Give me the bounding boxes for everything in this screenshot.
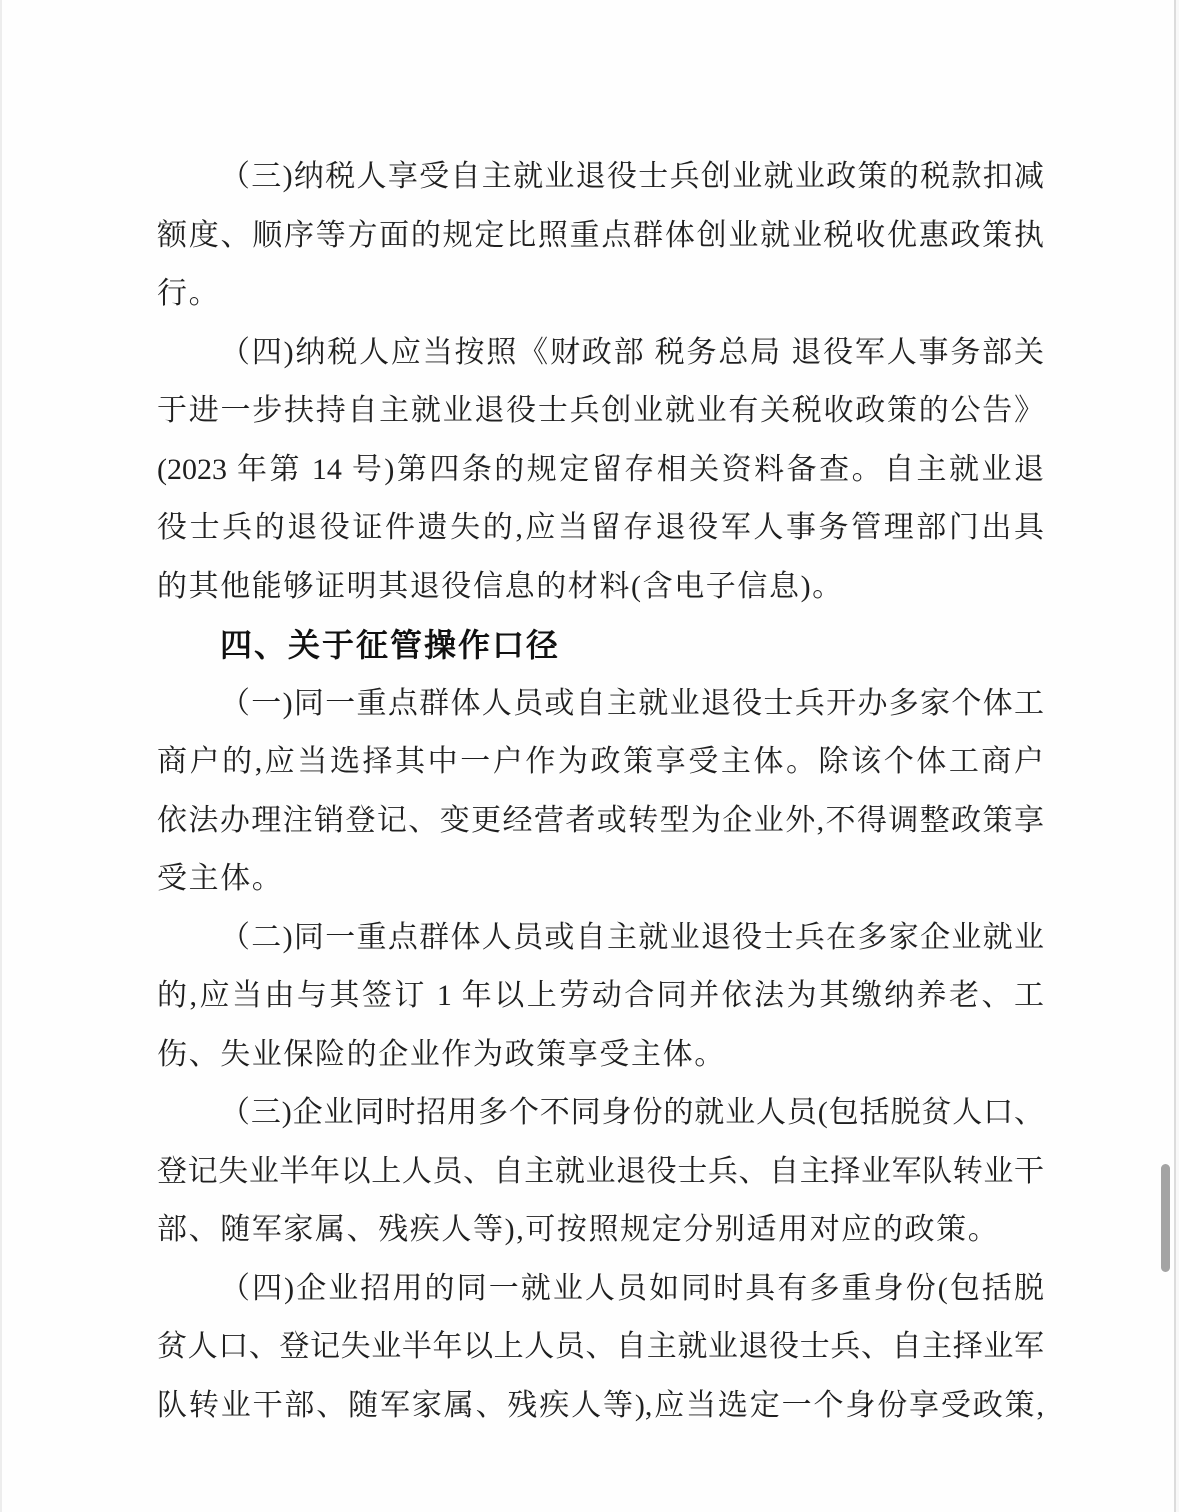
text-line: 部、随军家属、残疾人等),可按照规定分别适用对应的政策。: [157, 1201, 1044, 1260]
text-line: （一)同一重点群体人员或自主就业退役士兵开办多家个体工: [157, 675, 1044, 734]
document-text: （三)纳税人享受自主就业退役士兵创业就业政策的税款扣减额度、顺序等方面的规定比照…: [157, 148, 1044, 1435]
scrollbar-thumb[interactable]: [1161, 1164, 1170, 1272]
text-line: 额度、顺序等方面的规定比照重点群体创业就业税收优惠政策执: [157, 207, 1044, 266]
text-line: 受主体。: [157, 850, 1044, 909]
text-line: 登记失业半年以上人员、自主就业退役士兵、自主择业军队转业干: [157, 1143, 1044, 1202]
text-line: 役士兵的退役证件遗失的,应当留存退役军人事务管理部门出具: [157, 499, 1044, 558]
text-line: （三)纳税人享受自主就业退役士兵创业就业政策的税款扣减: [157, 148, 1044, 207]
text-line: 行。: [157, 265, 1044, 324]
text-line: 于进一步扶持自主就业退役士兵创业就业有关税收政策的公告》: [157, 382, 1044, 441]
section-heading: 四、关于征管操作口径: [157, 616, 1044, 675]
text-line: 的,应当由与其签订 1 年以上劳动合同并依法为其缴纳养老、工: [157, 967, 1044, 1026]
text-line: （四)企业招用的同一就业人员如同时具有多重身份(包括脱: [157, 1260, 1044, 1319]
text-line: （二)同一重点群体人员或自主就业退役士兵在多家企业就业: [157, 909, 1044, 968]
document-viewer: （三)纳税人享受自主就业退役士兵创业就业政策的税款扣减额度、顺序等方面的规定比照…: [0, 0, 1179, 1512]
text-line: （三)企业同时招用多个不同身份的就业人员(包括脱贫人口、: [157, 1084, 1044, 1143]
text-line: 的其他能够证明其退役信息的材料(含电子信息)。: [157, 558, 1044, 617]
text-line: （四)纳税人应当按照《财政部 税务总局 退役军人事务部关: [157, 324, 1044, 383]
text-line: 队转业干部、随军家属、残疾人等),应当选定一个身份享受政策,: [157, 1377, 1044, 1436]
text-line: (2023 年第 14 号)第四条的规定留存相关资料备查。自主就业退: [157, 441, 1044, 500]
text-line: 伤、失业保险的企业作为政策享受主体。: [157, 1026, 1044, 1085]
text-line: 依法办理注销登记、变更经营者或转型为企业外,不得调整政策享: [157, 792, 1044, 851]
text-line: 贫人口、登记失业半年以上人员、自主就业退役士兵、自主择业军: [157, 1318, 1044, 1377]
text-line: 商户的,应当选择其中一户作为政策享受主体。除该个体工商户: [157, 733, 1044, 792]
document-page: （三)纳税人享受自主就业退役士兵创业就业政策的税款扣减额度、顺序等方面的规定比照…: [0, 0, 1176, 1512]
